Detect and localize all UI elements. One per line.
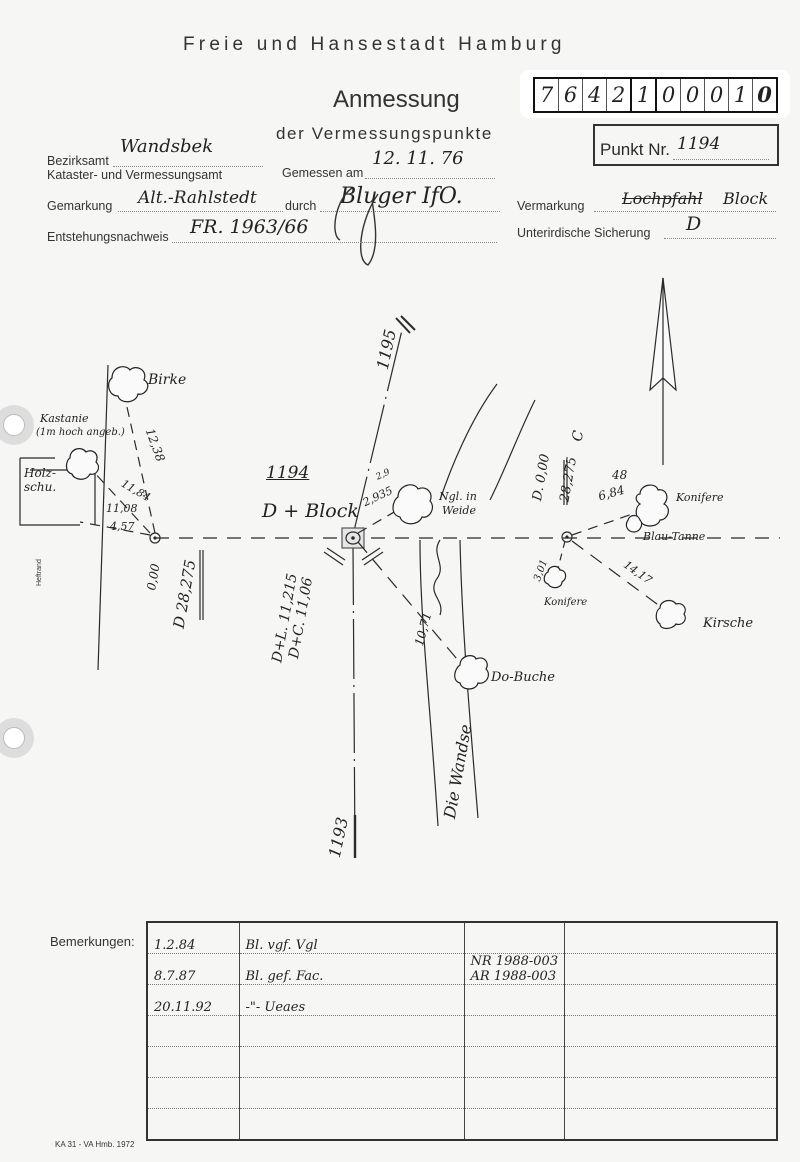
tree-label-ngl: Ngl. in	[439, 490, 477, 503]
remarks-cell	[239, 1047, 464, 1078]
remarks-cell	[147, 1047, 239, 1078]
remarks-cell	[464, 1109, 565, 1141]
remarks-cell	[464, 922, 565, 954]
remarks-row	[147, 1078, 777, 1109]
remarks-cell: Bl. vgf. Vgl	[239, 922, 464, 954]
remarks-cell	[239, 1016, 464, 1047]
remarks-cell	[565, 922, 777, 954]
dist-konifere-upper-alt: 48	[612, 468, 627, 482]
remarks-cell	[565, 1047, 777, 1078]
dist-left-short: 4,57	[110, 520, 135, 533]
remarks-cell	[565, 1109, 777, 1141]
tree-note-kastanie: (1m hoch angeb.)	[36, 427, 125, 438]
remarks-cell	[464, 1047, 565, 1078]
remarks-cell	[147, 1078, 239, 1109]
remarks-row: 8.7.87Bl. gef. Fac.NR 1988-003 AR 1988-0…	[147, 954, 777, 985]
main-point-marks: D + Block	[262, 500, 359, 522]
survey-sketch	[0, 0, 800, 910]
remarks-cell	[565, 1016, 777, 1047]
remarks-cell	[565, 1078, 777, 1109]
remarks-cell	[464, 1078, 565, 1109]
tree-label-konifere-lower: Konifere	[544, 597, 587, 608]
dist-kastanie-b: 11,08	[106, 502, 138, 515]
remarks-cell	[565, 985, 777, 1016]
remarks-cell: NR 1988-003 AR 1988-003	[464, 954, 565, 985]
remarks-row: 20.11.92-"- Ueaes	[147, 985, 777, 1016]
remarks-cell	[464, 1016, 565, 1047]
remarks-row	[147, 1047, 777, 1078]
remarks-cell	[239, 1109, 464, 1141]
remarks-cell	[147, 1109, 239, 1141]
remarks-table: 1.2.84Bl. vgf. Vgl8.7.87Bl. gef. Fac.NR …	[146, 921, 778, 1141]
remarks-cell	[565, 954, 777, 985]
remarks-cell	[464, 985, 565, 1016]
main-point-number: 1194	[266, 463, 309, 483]
tree-label-kastanie: Kastanie	[40, 412, 89, 425]
tree-label-buche: Do-Buche	[491, 670, 555, 685]
tree-label-blautanne: Blau-Tanne	[643, 530, 705, 543]
remarks-label: Bemerkungen:	[50, 934, 135, 949]
survey-form-page: Freie und Hansestadt Hamburg Anmessung d…	[0, 0, 800, 1162]
tree-label-konifere-upper: Konifere	[676, 491, 724, 504]
holzschuppen-label: Holz-schu.	[24, 466, 64, 494]
remarks-row	[147, 1109, 777, 1141]
remarks-cell	[147, 1016, 239, 1047]
remarks-cell: 1.2.84	[147, 922, 239, 954]
tree-label-birke: Birke	[148, 372, 186, 388]
tree-label-weide: Weide	[442, 504, 476, 517]
remarks-cell: -"- Ueaes	[239, 985, 464, 1016]
remarks-cell: 8.7.87	[147, 954, 239, 985]
remarks-cell	[239, 1078, 464, 1109]
remarks-cell: 20.11.92	[147, 985, 239, 1016]
remarks-cell: Bl. gef. Fac.	[239, 954, 464, 985]
remarks-row	[147, 1016, 777, 1047]
form-footer: KA 31 - VA Hmb. 1972	[55, 1140, 134, 1149]
remarks-row: 1.2.84Bl. vgf. Vgl	[147, 922, 777, 954]
tree-label-kirsche: Kirsche	[703, 616, 753, 631]
